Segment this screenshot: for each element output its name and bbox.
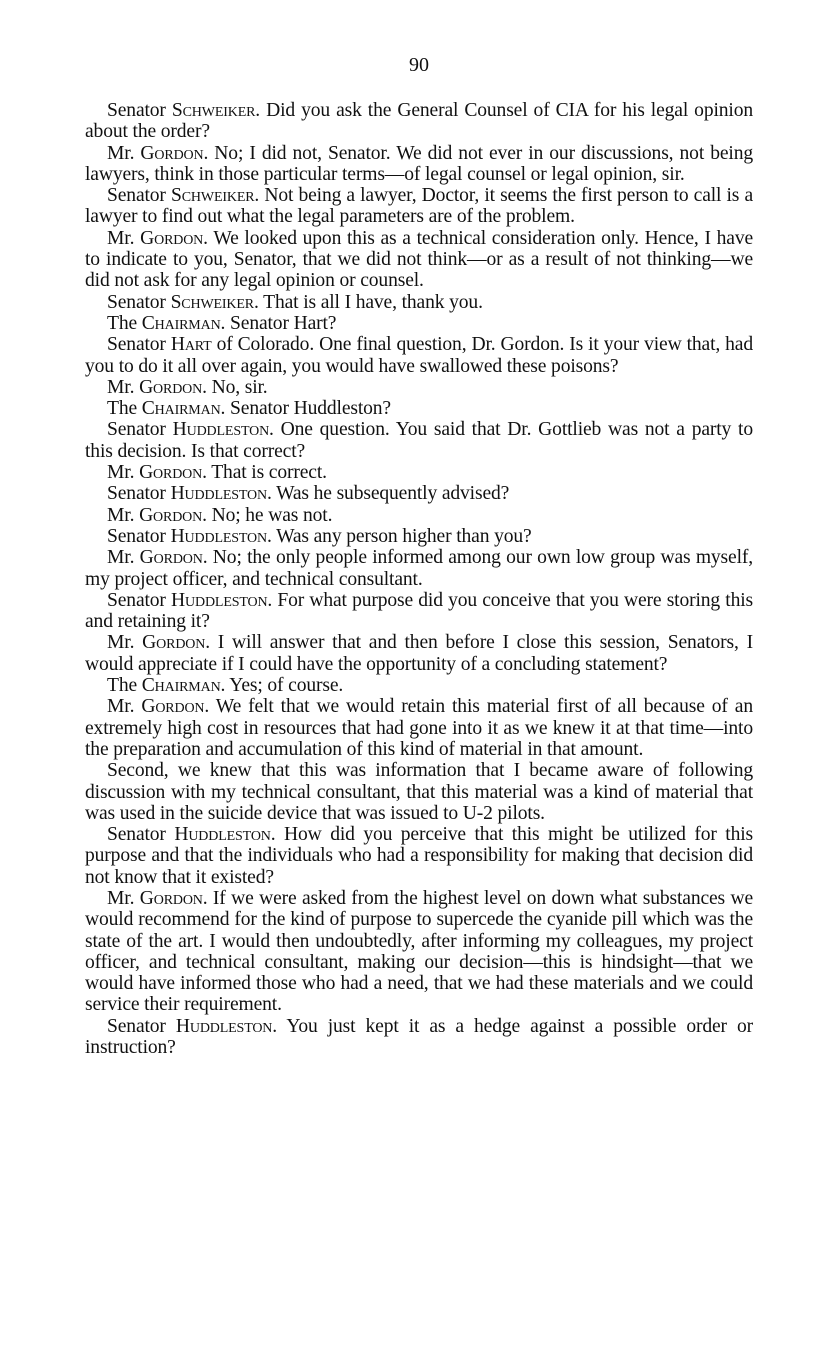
speaker-title: The xyxy=(107,313,142,334)
speaker-name: Gordon xyxy=(141,696,204,717)
speaker-name: Huddleston xyxy=(171,590,267,611)
speech-text: Second, we knew that this was informatio… xyxy=(85,760,753,824)
transcript-paragraph: Mr. Gordon. No; I did not, Senator. We d… xyxy=(85,143,753,186)
speaker-name: Gordon xyxy=(140,888,203,909)
transcript-paragraph: The Chairman. Yes; of course. xyxy=(85,675,753,696)
speaker-title: Mr. xyxy=(107,228,140,249)
speaker-title: Senator xyxy=(107,824,174,845)
speaker-title: Senator xyxy=(107,483,171,504)
transcript-paragraph: Senator Huddleston. For what purpose did… xyxy=(85,590,753,633)
speaker-title: Senator xyxy=(107,185,171,206)
speaker-name: Huddleston xyxy=(174,824,270,845)
speaker-name: Schweiker xyxy=(171,292,254,313)
transcript-paragraph: Second, we knew that this was informatio… xyxy=(85,760,753,824)
speaker-title: Senator xyxy=(107,100,172,121)
speaker-name: Gordon xyxy=(142,632,205,653)
speaker-name: Gordon xyxy=(139,462,202,483)
speech-text: . No, sir. xyxy=(202,377,267,398)
speaker-title: Mr. xyxy=(107,377,139,398)
speaker-title: Mr. xyxy=(107,505,139,526)
speaker-name: Chairman xyxy=(142,398,221,419)
transcript-paragraph: The Chairman. Senator Huddleston? xyxy=(85,398,753,419)
speech-text: . Was any person higher than you? xyxy=(267,526,532,547)
speaker-title: Mr. xyxy=(107,888,140,909)
transcript-paragraph: Senator Schweiker. Not being a lawyer, D… xyxy=(85,185,753,228)
speaker-name: Gordon xyxy=(140,143,203,164)
speaker-title: Mr. xyxy=(107,632,142,653)
transcript-paragraph: Mr. Gordon. No; the only people informed… xyxy=(85,547,753,590)
speech-text: . Senator Hart? xyxy=(221,313,337,334)
transcript-paragraph: Senator Schweiker. That is all I have, t… xyxy=(85,292,753,313)
speaker-title: Mr. xyxy=(107,462,139,483)
transcript-paragraph: Senator Huddleston. One question. You sa… xyxy=(85,419,753,462)
speaker-name: Huddleston xyxy=(176,1016,272,1037)
transcript-paragraph: Mr. Gordon. We felt that we would retain… xyxy=(85,696,753,760)
speaker-title: Mr. xyxy=(107,547,140,568)
transcript-paragraph: Mr. Gordon. No; he was not. xyxy=(85,505,753,526)
transcript-paragraph: Senator Schweiker. Did you ask the Gener… xyxy=(85,100,753,143)
speech-text: . Senator Huddleston? xyxy=(221,398,391,419)
transcript-paragraph: Senator Hart of Colorado. One final ques… xyxy=(85,334,753,377)
speaker-name: Gordon xyxy=(139,505,202,526)
speaker-title: Senator xyxy=(107,1016,176,1037)
speaker-name: Schweiker xyxy=(172,100,255,121)
speaker-name: Gordon xyxy=(140,547,203,568)
speaker-title: The xyxy=(107,398,142,419)
transcript-body: Senator Schweiker. Did you ask the Gener… xyxy=(85,100,753,1058)
page-number: 90 xyxy=(85,52,753,78)
speaker-name: Huddleston xyxy=(171,526,267,547)
speaker-name: Chairman xyxy=(142,675,221,696)
speaker-name: Gordon xyxy=(139,377,202,398)
transcript-paragraph: Senator Huddleston. Was any person highe… xyxy=(85,526,753,547)
speaker-name: Schweiker xyxy=(171,185,254,206)
speaker-title: Senator xyxy=(107,419,173,440)
speaker-title: Senator xyxy=(107,590,171,611)
speaker-title: The xyxy=(107,675,142,696)
speech-text: . That is correct. xyxy=(202,462,327,483)
speech-text: . That is all I have, thank you. xyxy=(254,292,483,313)
transcript-paragraph: Mr. Gordon. If we were asked from the hi… xyxy=(85,888,753,1016)
speaker-name: Gordon xyxy=(140,228,203,249)
speaker-title: Senator xyxy=(107,334,171,355)
speaker-name: Huddleston xyxy=(173,419,269,440)
speaker-name: Hart xyxy=(171,334,212,355)
speaker-title: Senator xyxy=(107,526,171,547)
transcript-paragraph: Senator Huddleston. Was he subsequently … xyxy=(85,483,753,504)
transcript-paragraph: Mr. Gordon. No, sir. xyxy=(85,377,753,398)
speaker-title: Senator xyxy=(107,292,171,313)
speech-text: . Was he subsequently advised? xyxy=(267,483,509,504)
transcript-paragraph: Senator Huddleston. How did you perceive… xyxy=(85,824,753,888)
speaker-name: Huddleston xyxy=(171,483,267,504)
transcript-paragraph: The Chairman. Senator Hart? xyxy=(85,313,753,334)
speaker-title: Mr. xyxy=(107,696,141,717)
speech-text: . No; he was not. xyxy=(202,505,332,526)
transcript-paragraph: Senator Huddleston. You just kept it as … xyxy=(85,1016,753,1059)
document-page: 90 Senator Schweiker. Did you ask the Ge… xyxy=(85,52,753,1058)
transcript-paragraph: Mr. Gordon. I will answer that and then … xyxy=(85,632,753,675)
speaker-title: Mr. xyxy=(107,143,140,164)
transcript-paragraph: Mr. Gordon. That is correct. xyxy=(85,462,753,483)
transcript-paragraph: Mr. Gordon. We looked upon this as a tec… xyxy=(85,228,753,292)
speaker-name: Chairman xyxy=(142,313,221,334)
speech-text: . Yes; of course. xyxy=(221,675,344,696)
